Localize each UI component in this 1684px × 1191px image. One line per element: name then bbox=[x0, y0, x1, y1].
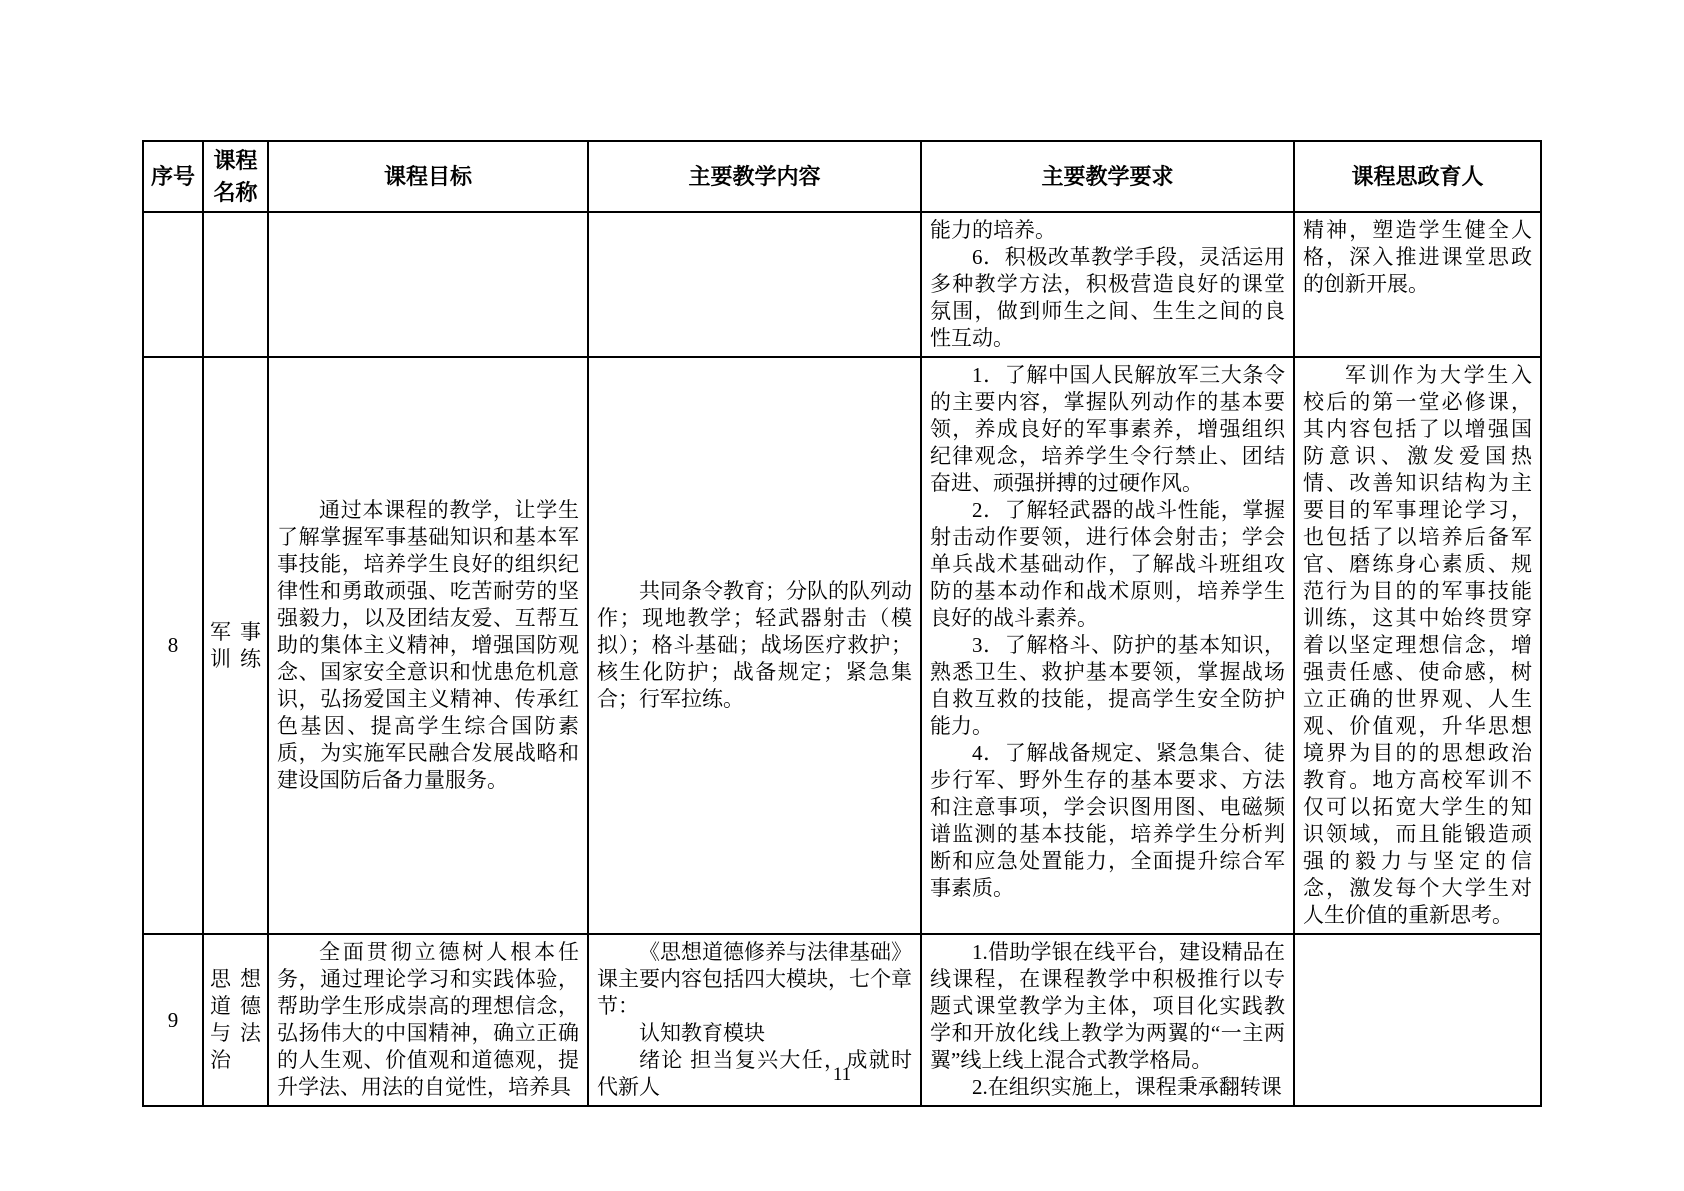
paragraph: 1.借助学银在线平台，建设精品在线课程，在课程教学中积极推行以专题式课堂教学为主… bbox=[930, 939, 1285, 1074]
cell-content bbox=[588, 212, 921, 357]
table-header-row: 序号 课程名称 课程目标 主要教学内容 主要教学要求 课程思政育人 bbox=[143, 141, 1541, 212]
paragraph: 3．了解格斗、防护的基本知识，熟悉卫生、救护基本要领，掌握战场自救互救的技能，提… bbox=[930, 632, 1285, 740]
cell-requirements: 1．了解中国人民解放军三大条令的主要内容，掌握队列动作的基本要领，养成良好的军事… bbox=[921, 357, 1294, 934]
col-header-content: 主要教学内容 bbox=[588, 141, 921, 212]
col-header-requirements: 主要教学要求 bbox=[921, 141, 1294, 212]
paragraph: 军训作为大学生入校后的第一堂必修课，其内容包括了以增强国防意识、激发爱国热情、改… bbox=[1303, 362, 1532, 929]
col-header-course-name: 课程名称 bbox=[203, 141, 268, 212]
cell-ideology: 精神，塑造学生健全人格，深入推进课堂思政的创新开展。 bbox=[1294, 212, 1541, 357]
cell-objectives: 通过本课程的教学，让学生了解掌握军事基础知识和基本军事技能，培养学生良好的组织纪… bbox=[268, 357, 588, 934]
cell-objectives bbox=[268, 212, 588, 357]
cell-course-name bbox=[203, 212, 268, 357]
col-header-seq: 序号 bbox=[143, 141, 203, 212]
paragraph: 通过本课程的教学，让学生了解掌握军事基础知识和基本军事技能，培养学生良好的组织纪… bbox=[277, 497, 579, 794]
course-table: 序号 课程名称 课程目标 主要教学内容 主要教学要求 课程思政育人 能力的培养。… bbox=[142, 140, 1542, 1107]
table-row-8: 8 军事训练 通过本课程的教学，让学生了解掌握军事基础知识和基本军事技能，培养学… bbox=[143, 357, 1541, 934]
paragraph: 4．了解战备规定、紧急集合、徒步行军、野外生存的基本要求、方法和注意事项，学会识… bbox=[930, 740, 1285, 902]
col-header-ideology: 课程思政育人 bbox=[1294, 141, 1541, 212]
table-row-continuation: 能力的培养。 6．积极改革教学手段，灵活运用多种教学方法，积极营造良好的课堂氛围… bbox=[143, 212, 1541, 357]
paragraph: 认知教育模块 bbox=[597, 1020, 912, 1047]
course-name-text: 军事训练 bbox=[210, 619, 261, 673]
paragraph: 能力的培养。 bbox=[930, 217, 1285, 244]
cell-course-name: 军事训练 bbox=[203, 357, 268, 934]
cell-content: 共同条令教育；分队的队列动作；现地教学；轻武器射击（模拟）；格斗基础；战场医疗救… bbox=[588, 357, 921, 934]
cell-seq bbox=[143, 212, 203, 357]
paragraph: 2．了解轻武器的战斗性能，掌握射击动作要领，进行体会射击；学会单兵战术基础动作，… bbox=[930, 497, 1285, 632]
cell-ideology: 军训作为大学生入校后的第一堂必修课，其内容包括了以增强国防意识、激发爱国热情、改… bbox=[1294, 357, 1541, 934]
col-header-objectives: 课程目标 bbox=[268, 141, 588, 212]
document-page: 序号 课程名称 课程目标 主要教学内容 主要教学要求 课程思政育人 能力的培养。… bbox=[0, 0, 1684, 1191]
page-number: 11 bbox=[0, 1063, 1684, 1087]
cell-seq: 8 bbox=[143, 357, 203, 934]
paragraph: 6．积极改革教学手段，灵活运用多种教学方法，积极营造良好的课堂氛围，做到师生之间… bbox=[930, 244, 1285, 352]
paragraph: 1．了解中国人民解放军三大条令的主要内容，掌握队列动作的基本要领，养成良好的军事… bbox=[930, 362, 1285, 497]
paragraph: 《思想道德修养与法律基础》课主要内容包括四大模块，七个章节： bbox=[597, 939, 912, 1020]
course-name-text: 思想道德与法治 bbox=[210, 966, 261, 1074]
paragraph: 精神，塑造学生健全人格，深入推进课堂思政的创新开展。 bbox=[1303, 217, 1532, 298]
paragraph: 共同条令教育；分队的队列动作；现地教学；轻武器射击（模拟）；格斗基础；战场医疗救… bbox=[597, 578, 912, 713]
cell-requirements: 能力的培养。 6．积极改革教学手段，灵活运用多种教学方法，积极营造良好的课堂氛围… bbox=[921, 212, 1294, 357]
